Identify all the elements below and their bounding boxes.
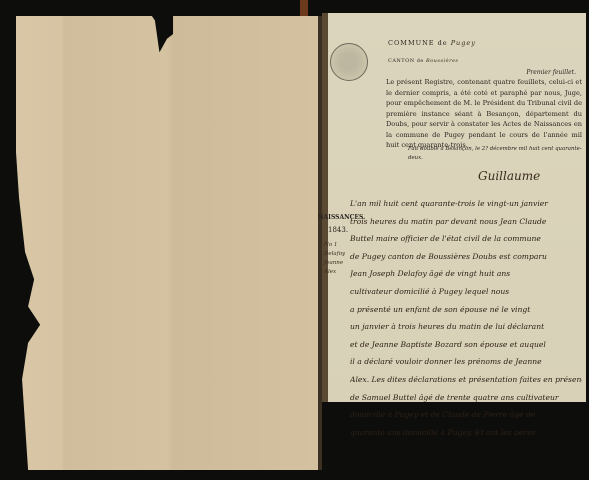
fait-double-line: Fait double à Besançon, le 2? décembre m… [408,145,583,163]
handwritten-line: cultivateur domicilié à Pugey lequel nou… [350,283,582,301]
handwritten-line: de Samuel Buttel âgé de trente quatre an… [350,389,582,407]
canton-line: CANTON de Boussières [388,56,458,66]
commune-line: COMMUNE de Pugey [388,38,476,48]
seal-stamp-icon [330,43,368,81]
commune-label: COMMUNE de [388,39,448,47]
handwritten-line: il a déclaré vouloir donner les prénoms … [350,353,582,371]
commune-value: Pugey [451,39,476,47]
margin-year: 1843. [328,226,348,234]
handwritten-line: Jean Joseph Delafoy âgé de vingt huit an… [350,265,582,283]
handwritten-line: trois heures du matin par devant nous Je… [350,213,582,231]
handwritten-line: L'an mil huit cent quarante-trois le vin… [350,195,582,213]
judge-signature: Guillaume [478,169,540,183]
register-page: COMMUNE de Pugey CANTON de Boussières Pr… [322,13,586,402]
handwritten-entry: L'an mil huit cent quarante-trois le vin… [350,195,582,441]
canton-value: Boussières [426,58,459,64]
handwritten-line: un janvier à trois heures du matin de lu… [350,318,582,336]
handwritten-line: de Pugey canton de Boussières Doubs est … [350,248,582,266]
printed-paragraph: Le présent Registre, contenant quatre fe… [386,77,582,151]
handwritten-line: Buttel maire officier de l'état civil de… [350,230,582,248]
handwritten-line: domicilié à Pugey et de Claude de Pierre… [350,406,582,424]
bookmark-ribbon [300,0,308,16]
margin-entry-note: No 1 Delafoy Jeanne Alex [324,241,346,277]
handwritten-line: et de Jeanne Baptiste Bozard son épouse … [350,336,582,354]
handwritten-line: quarante ans domicilié à Pugey. Et ont l… [350,424,582,442]
left-page-blank [16,16,318,470]
handwritten-line: Alex. Les dites déclarations et présenta… [350,371,582,389]
canton-label: CANTON de [388,58,424,64]
handwritten-line: a présenté un enfant de son épouse né le… [350,301,582,319]
